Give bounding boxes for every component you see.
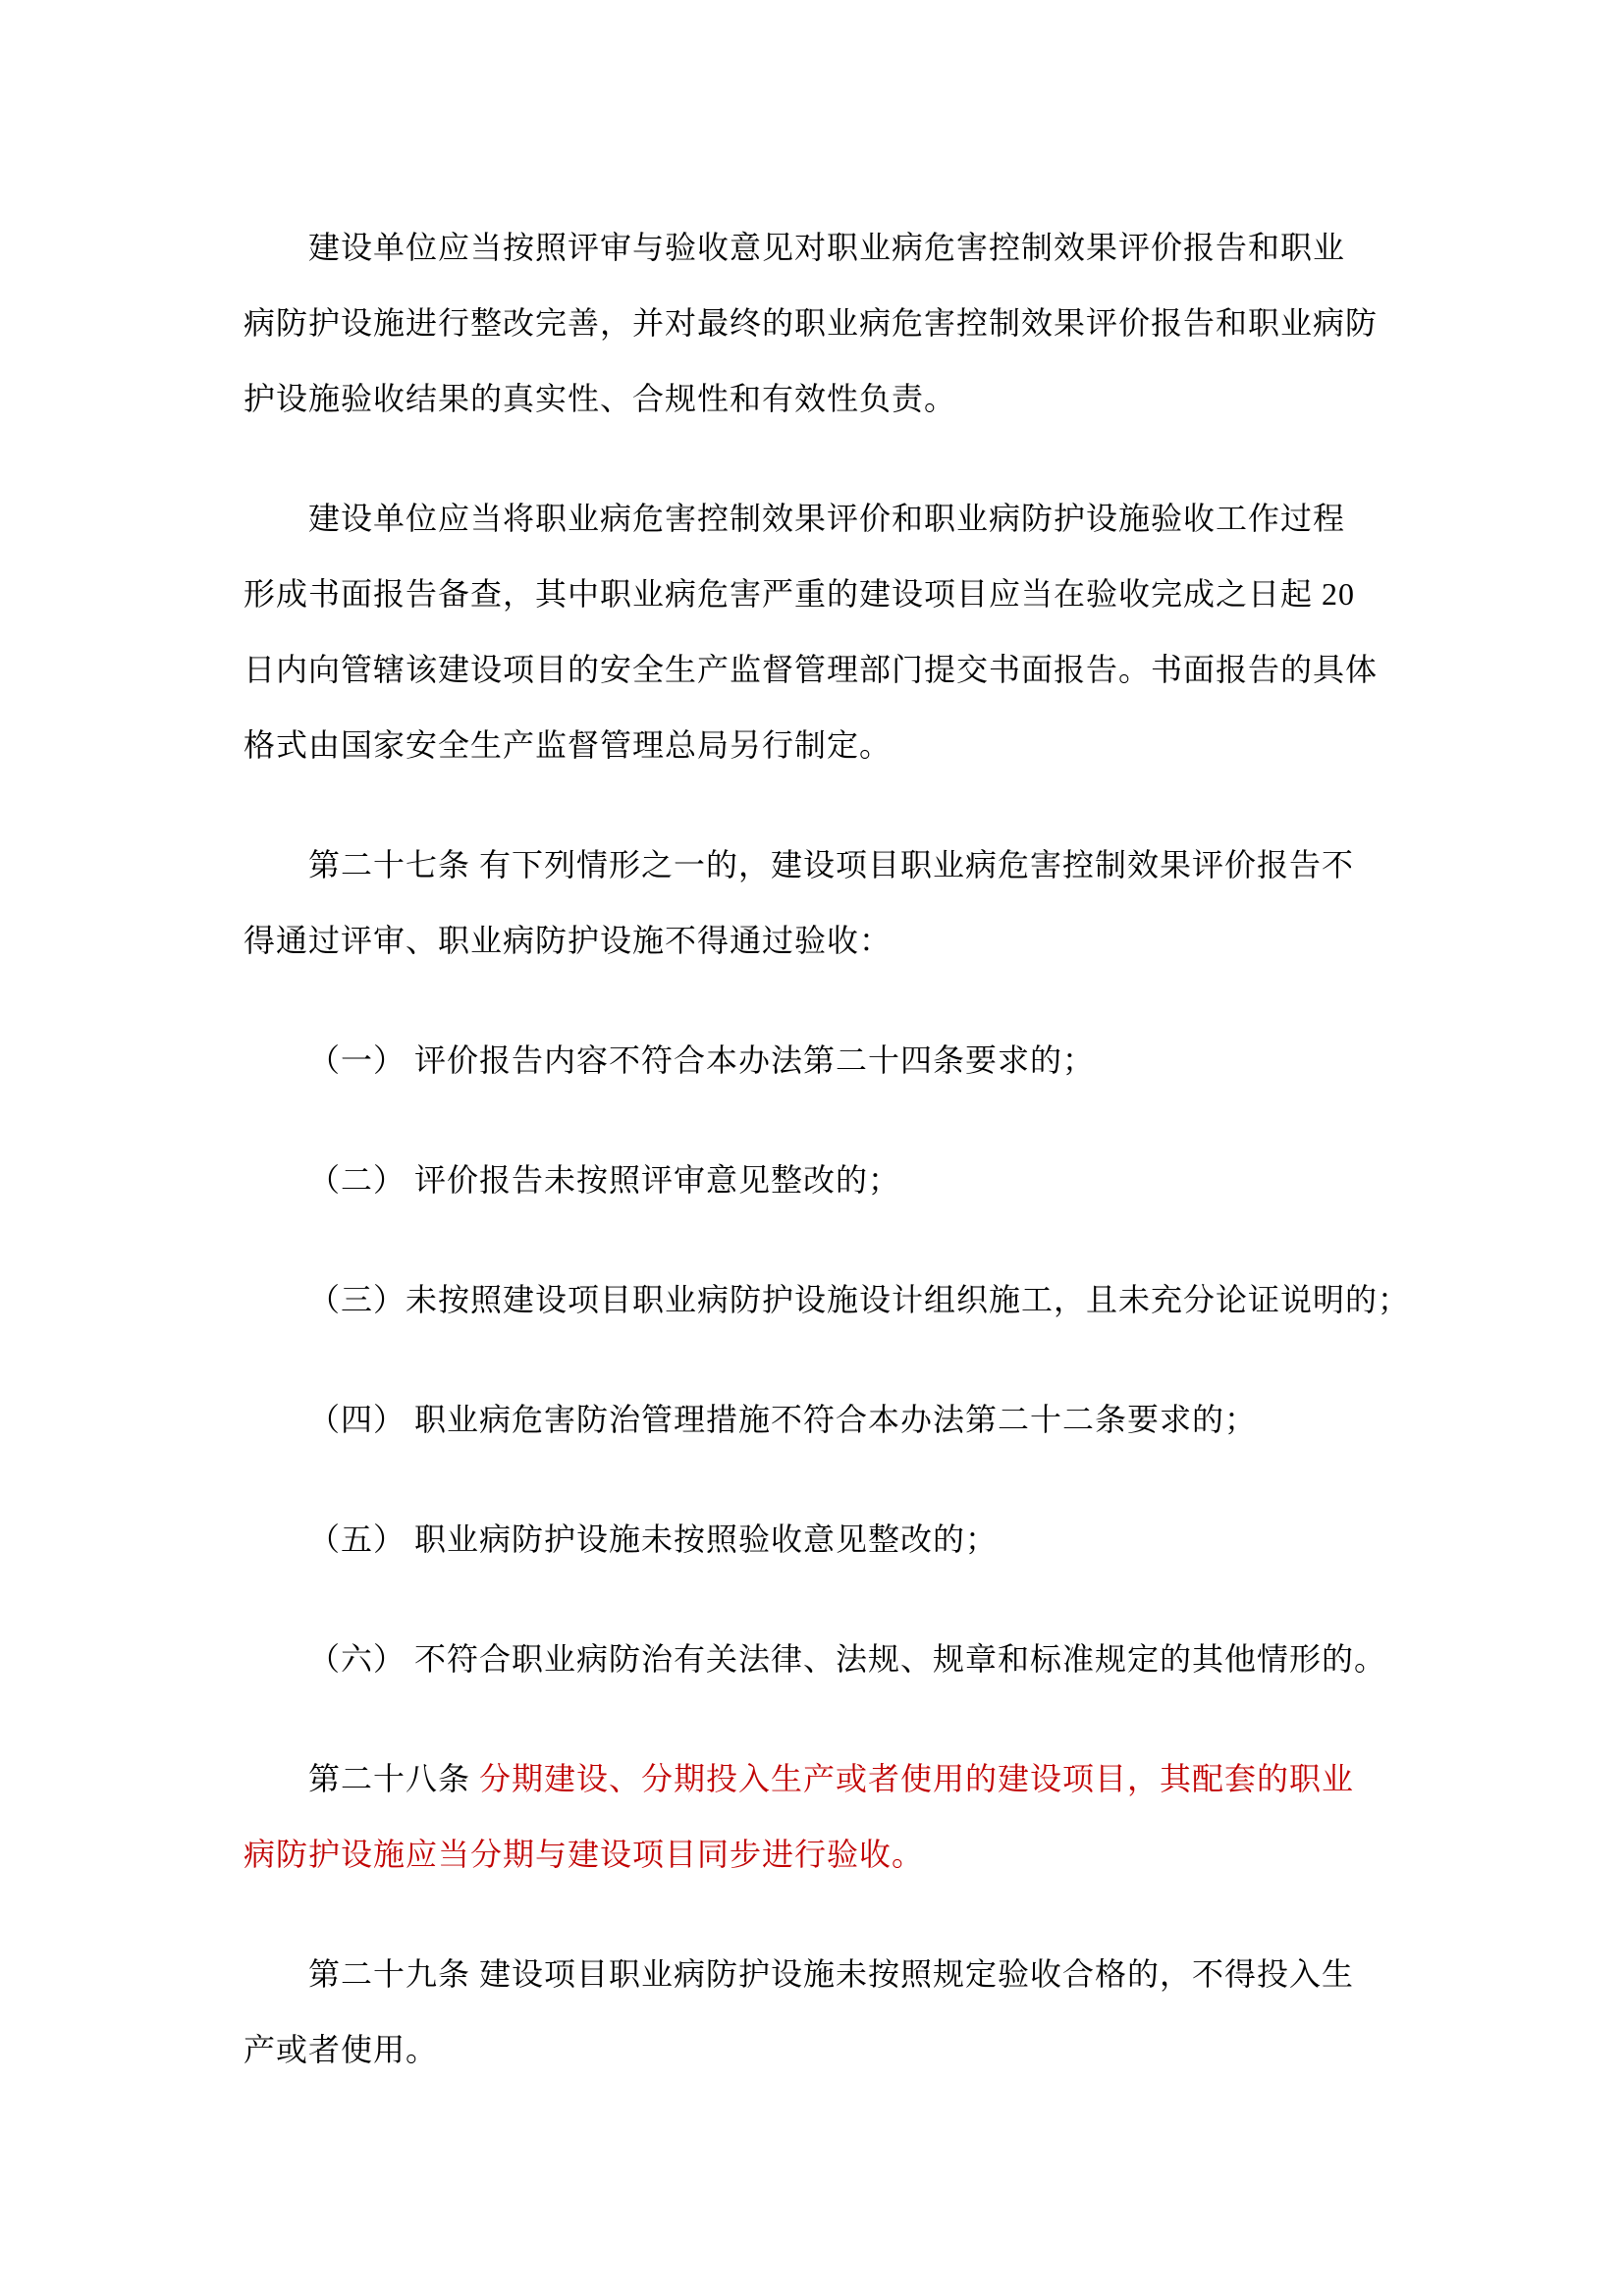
article-27-item-2-text: （二） 评价报告未按照评审意见整改的； [308, 1162, 900, 1198]
article-27-lead-text: 第二十七条 有下列情形之一的，建设项目职业病危害控制效果评价报告不 得通过评审、… [244, 847, 1354, 958]
para-rectification-duty: 建设单位应当按照评审与验收意见对职业病危害控制效果评价报告和职业 病防护设施进行… [244, 210, 1447, 437]
article-27-item-5: （五） 职业病防护设施未按照验收意见整改的； [244, 1502, 1447, 1577]
article-27-item-1-text: （一） 评价报告内容不符合本办法第二十四条要求的； [308, 1042, 1095, 1078]
para-written-report-text: 建设单位应当将职业病危害控制效果评价和职业病防护设施验收工作过程 形成书面报告备… [244, 501, 1378, 763]
article-27-item-5-text: （五） 职业病防护设施未按照验收意见整改的； [308, 1522, 998, 1557]
article-27-item-4: （四） 职业病危害防治管理措施不符合本办法第二十二条要求的； [244, 1382, 1447, 1458]
article-27-item-4-text: （四） 职业病危害防治管理措施不符合本办法第二十二条要求的； [308, 1402, 1257, 1437]
para-written-report: 建设单位应当将职业病危害控制效果评价和职业病防护设施验收工作过程 形成书面报告备… [244, 481, 1447, 783]
article-27-item-1: （一） 评价报告内容不符合本办法第二十四条要求的； [244, 1023, 1447, 1098]
article-27-item-3: （三）未按照建设项目职业病防护设施设计组织施工，且未充分论证说明的； [244, 1262, 1447, 1338]
article-27-item-3-text: （三）未按照建设项目职业病防护设施设计组织施工，且未充分论证说明的； [308, 1282, 1410, 1317]
article-28: 第二十八条 分期建设、分期投入生产或者使用的建设项目，其配套的职业 病防护设施应… [244, 1741, 1447, 1893]
document-page: 建设单位应当按照评审与验收意见对职业病危害控制效果评价报告和职业 病防护设施进行… [0, 0, 1624, 2296]
article-27-lead: 第二十七条 有下列情形之一的，建设项目职业病危害控制效果评价报告不 得通过评审、… [244, 828, 1447, 979]
article-28-number: 第二十八条 [308, 1761, 479, 1796]
article-29: 第二十九条 建设项目职业病防护设施未按照规定验收合格的，不得投入生 产或者使用。 [244, 1937, 1447, 2088]
article-27-item-6-text: （六） 不符合职业病防治有关法律、法规、规章和标准规定的其他情形的。 [308, 1641, 1386, 1677]
para-rectification-duty-text: 建设单位应当按照评审与验收意见对职业病危害控制效果评价报告和职业 病防护设施进行… [244, 230, 1378, 416]
article-27-item-6: （六） 不符合职业病防治有关法律、法规、规章和标准规定的其他情形的。 [244, 1622, 1447, 1697]
article-29-text: 第二十九条 建设项目职业病防护设施未按照规定验收合格的，不得投入生 产或者使用。 [244, 1956, 1354, 2067]
article-27-item-2: （二） 评价报告未按照评审意见整改的； [244, 1143, 1447, 1218]
